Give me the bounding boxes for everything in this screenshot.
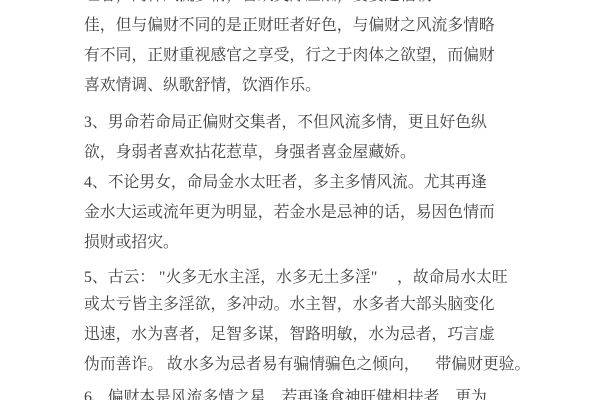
text-line-item-6-clipped-bottom: 6、偏财本是风流多情之星，若再逢食神旺健相扶者，更为 — [84, 388, 487, 400]
text-line: 伪而善诈。 故水多为忌者易有骗情骗色之倾向， 带偏财更验。 — [84, 355, 530, 374]
text-line: 金水大运或流年更为明显，若金水是忌神的话，易因色情而 — [84, 203, 495, 222]
text-line: 欲，身弱者喜欢拈花惹草，身强者喜金屋藏娇。 — [84, 143, 416, 162]
text-line: 迅速，水为喜者，足智多谋，智路明敏，水为忌者，巧言虚 — [84, 325, 495, 344]
document-page: { "page": { "background": "#ffffff", "te… — [0, 0, 600, 400]
text-line-clipped-top: 旺者，同样风流多情，喜欢交际应酬，妻妾之福较 — [84, 0, 432, 5]
text-line-item-3: 3、男命若命局正偏财交集者，不但风流多情，更且好色纵 — [84, 113, 487, 132]
text-line: 损财或招灾。 — [84, 233, 179, 252]
text-line: 喜欢情调、纵歌舒情，饮酒作乐。 — [84, 76, 321, 95]
text-line: 有不同，正财重视感官之享受，行之于肉体之欲望，而偏财 — [84, 46, 495, 65]
text-line-item-4: 4、不论男女，命局金水太旺者，多主多情风流。尤其再逢 — [84, 173, 487, 192]
text-line-item-5: 5、古云： "火多无水主淫，水多无土多淫" ，故命局水太旺 — [84, 268, 508, 287]
text-line: 或太亏皆主多淫欲，多冲动。水主智，水多者大部头脑变化 — [84, 295, 495, 314]
text-line: 佳，但与偏财不同的是正财旺者好色，与偏财之风流多情略 — [84, 16, 495, 35]
